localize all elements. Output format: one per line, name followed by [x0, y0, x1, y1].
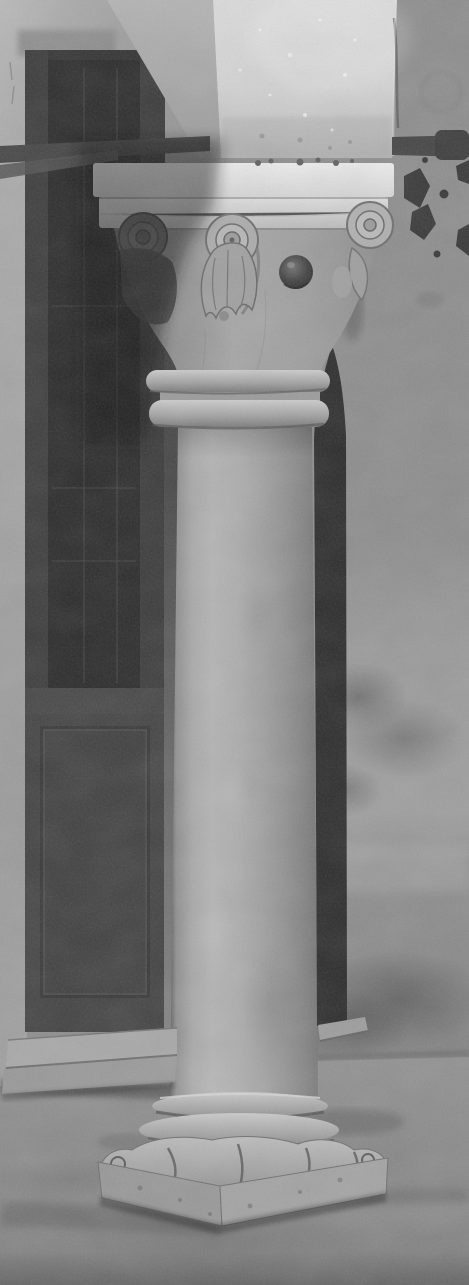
film-grain-coarse — [0, 0, 469, 1285]
photo-detail-layer — [0, 0, 469, 1285]
photo-canvas — [0, 0, 469, 1285]
